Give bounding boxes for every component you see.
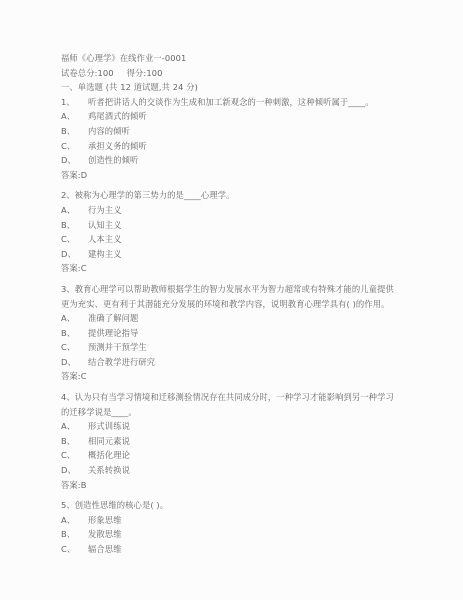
option-text: 准确了解问题 [88,311,138,326]
option-text: 承担义务的倾听 [88,139,147,154]
answer-label: 答案: [61,480,81,490]
score-line: 试卷总分:100得分:100 [61,66,397,81]
option-row: B、发散思维 [61,527,397,542]
question-number: 2、 [61,190,75,200]
question-number: 5、 [61,500,75,510]
option-text: 鸡尾酒式的倾听 [88,109,147,124]
question-body: 教育心理学可以帮助教师根据学生的智力发展水平为智力超常或有特殊才能的儿童提供更为… [61,284,394,309]
option-row: A、准确了解问题 [61,311,397,326]
question-body: 创造性思维的核心是( )。 [75,500,168,510]
option-row: B、内容的倾听 [61,124,397,139]
option-letter: B、 [61,527,88,542]
option-text: 认知主义 [88,218,122,233]
score-total: 试卷总分:100 [61,68,114,78]
question-block: 3、教育心理学可以帮助教师根据学生的智力发展水平为智力超常或有特殊才能的儿童提供… [61,282,397,384]
option-row: D、建构主义 [61,247,397,262]
section-header: 一、单选题 (共 12 道试题,共 24 分) [61,80,397,95]
option-letter: C、 [61,542,88,557]
option-letter: B、 [61,326,88,341]
option-row: D、创造性的倾听 [61,153,397,168]
option-letter: D、 [61,463,88,478]
option-letter: B、 [61,218,88,233]
answer-value: B [81,480,87,490]
answer-label: 答案: [61,263,81,273]
option-text: 辐合思维 [88,542,122,557]
option-row: B、相同元素说 [61,434,397,449]
option-text: 预测并干预学生 [88,340,147,355]
option-letter: A、 [61,419,88,434]
option-row: D、结合教学进行研究 [61,355,397,370]
answer-line: 答案:C [61,369,397,384]
question-body: 听者把讲话人的交谈作为生成和加工新观念的一种刺激，这种倾听属于____。 [88,97,374,107]
question-block: 2、被称为心理学的第三势力的是____心理学。A、行为主义B、认知主义C、人本主… [61,188,397,276]
option-letter: D、 [61,355,88,370]
option-letter: A、 [61,203,88,218]
answer-value: C [81,263,87,273]
option-text: 结合教学进行研究 [88,355,155,370]
option-row: C、预测并干预学生 [61,340,397,355]
option-letter: D、 [61,153,88,168]
question-text: 5、创造性思维的核心是( )。 [61,498,397,513]
question-number: 3、 [61,284,75,294]
answer-label: 答案: [61,371,81,381]
option-letter: D、 [61,247,88,262]
option-text: 行为主义 [88,203,122,218]
option-text: 人本主义 [88,232,122,247]
answer-line: 答案:D [61,168,397,183]
option-text: 发散思维 [88,527,122,542]
option-letter: A、 [61,311,88,326]
option-row: A、行为主义 [61,203,397,218]
question-text: 4、认为只有当学习情境和迁移测验情况存在共同成分时，一种学习才能影响到另一种学习… [61,390,397,419]
question-block: 4、认为只有当学习情境和迁移测验情况存在共同成分时，一种学习才能影响到另一种学习… [61,390,397,492]
question-number: 4、 [61,392,75,402]
option-letter: C、 [61,448,88,463]
option-row: C、概括化理论 [61,448,397,463]
option-letter: A、 [61,513,88,528]
option-row: A、形式训练说 [61,419,397,434]
option-letter: B、 [61,124,88,139]
question-body: 被称为心理学的第三势力的是____心理学。 [75,190,235,200]
option-letter: A、 [61,109,88,124]
option-text: 提供理论指导 [88,326,138,341]
document-page: 福师《心理学》在线作业一-0001 试卷总分:100得分:100 一、单选题 (… [61,51,397,557]
question-text: 3、教育心理学可以帮助教师根据学生的智力发展水平为智力超常或有特殊才能的儿童提供… [61,282,397,311]
option-row: C、人本主义 [61,232,397,247]
option-text: 概括化理论 [88,448,130,463]
option-letter: B、 [61,434,88,449]
option-letter: C、 [61,232,88,247]
option-text: 创造性的倾听 [88,153,138,168]
option-row: C、承担义务的倾听 [61,139,397,154]
answer-line: 答案:C [61,261,397,276]
option-letter: C、 [61,340,88,355]
option-row: C、辐合思维 [61,542,397,557]
page-title: 福师《心理学》在线作业一-0001 [61,51,397,66]
option-text: 建构主义 [88,247,122,262]
question-number: 1、 [61,95,88,110]
option-row: A、形象思维 [61,513,397,528]
question-text: 2、被称为心理学的第三势力的是____心理学。 [61,188,397,203]
option-text: 形象思维 [88,513,122,528]
option-text: 内容的倾听 [88,124,130,139]
question-body: 认为只有当学习情境和迁移测验情况存在共同成分时，一种学习才能影响到另一种学习的迁… [61,392,394,417]
option-row: B、认知主义 [61,218,397,233]
question-block: 5、创造性思维的核心是( )。A、形象思维B、发散思维C、辐合思维 [61,498,397,556]
option-text: 相同元素说 [88,434,130,449]
answer-label: 答案: [61,170,81,180]
question-text: 1、听者把讲话人的交谈作为生成和加工新观念的一种刺激，这种倾听属于____。 [61,95,397,110]
score-gained: 得分:100 [127,68,163,78]
question-list: 1、听者把讲话人的交谈作为生成和加工新观念的一种刺激，这种倾听属于____。A、… [61,95,397,557]
option-row: D、关系转换说 [61,463,397,478]
answer-line: 答案:B [61,478,397,493]
answer-value: C [81,371,87,381]
option-text: 关系转换说 [88,463,130,478]
option-row: A、鸡尾酒式的倾听 [61,109,397,124]
option-row: B、提供理论指导 [61,326,397,341]
option-text: 形式训练说 [88,419,130,434]
option-letter: C、 [61,139,88,154]
question-block: 1、听者把讲话人的交谈作为生成和加工新观念的一种刺激，这种倾听属于____。A、… [61,95,397,183]
answer-value: D [81,170,88,180]
